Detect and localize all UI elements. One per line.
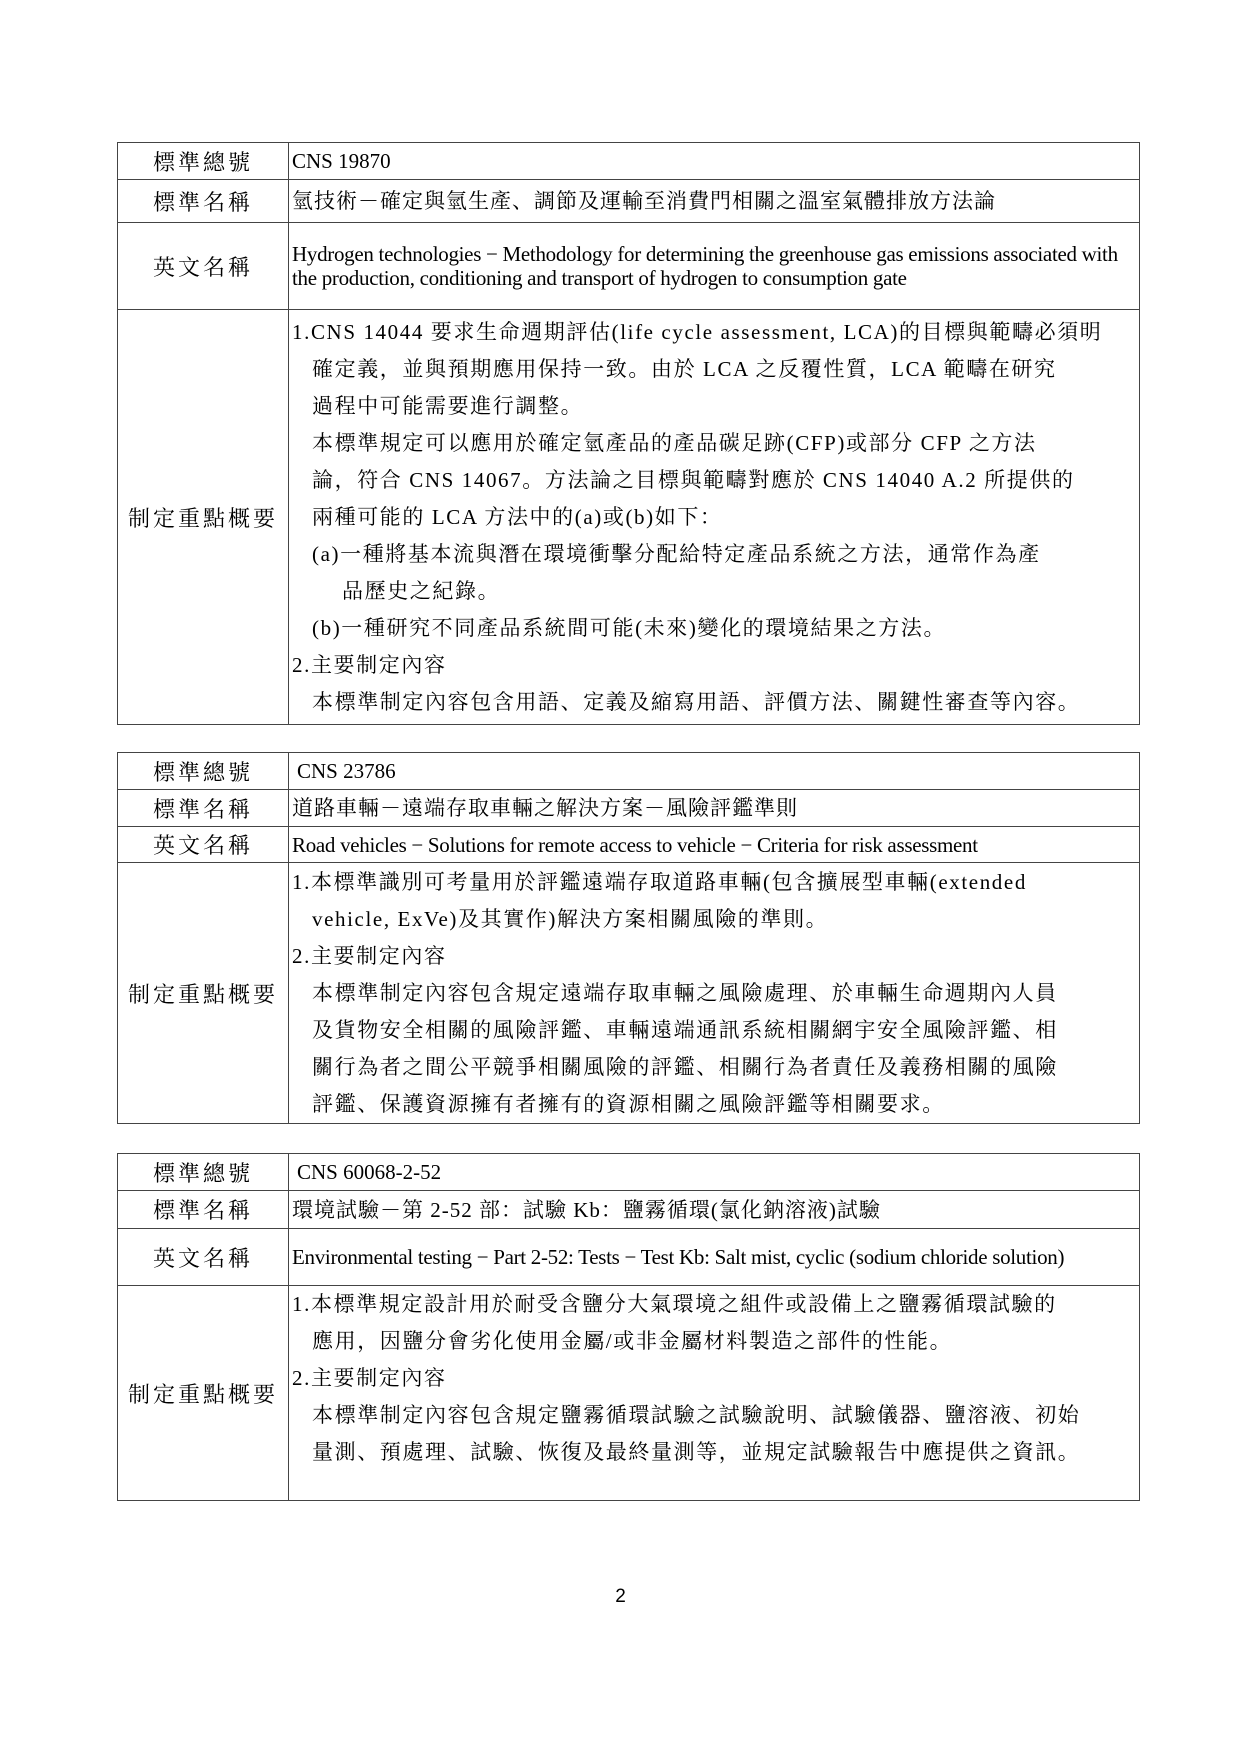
summary-line: 量測、預處理、試驗、恢復及最終量測等，並規定試驗報告中應提供之資訊。 <box>292 1434 1139 1471</box>
label-standard-name: 標準名稱 <box>118 790 289 827</box>
summary-value: 1.本標準識別可考量用於評鑑遠端存取道路車輛(包含擴展型車輛(extended … <box>289 863 1140 1124</box>
row-english-name: 英文名稱 Environmental testing − Part 2-52: … <box>118 1229 1140 1286</box>
label-summary: 制定重點概要 <box>118 863 289 1124</box>
summary-line: 過程中可能需要進行調整。 <box>292 388 1139 425</box>
label-standard-number: 標準總號 <box>118 753 289 790</box>
standard-name-value: 環境試驗－第 2-52 部：試驗 Kb：鹽霧循環(氯化鈉溶液)試驗 <box>289 1191 1140 1229</box>
standard-name-value: 道路車輛－遠端存取車輛之解決方案－風險評鑑準則 <box>289 790 1140 827</box>
summary-line: 2.主要制定內容 <box>292 1360 1139 1397</box>
label-english-name: 英文名稱 <box>118 827 289 863</box>
label-standard-name: 標準名稱 <box>118 180 289 223</box>
summary-line: 論，符合 CNS 14067。方法論之目標與範疇對應於 CNS 14040 A.… <box>292 462 1139 499</box>
row-standard-number: 標準總號 CNS 19870 <box>118 143 1140 180</box>
summary-line: 2.主要制定內容 <box>292 938 1139 975</box>
summary-value: 1.CNS 14044 要求生命週期評估(life cycle assessme… <box>289 310 1140 725</box>
standard-name-value: 氫技術－確定與氫生產、調節及運輸至消費門相關之溫室氣體排放方法論 <box>289 180 1140 223</box>
label-summary: 制定重點概要 <box>118 1286 289 1501</box>
summary-line: vehicle, ExVe)及其實作)解決方案相關風險的準則。 <box>292 901 1139 938</box>
label-english-name: 英文名稱 <box>118 223 289 310</box>
summary-line: 確定義，並與預期應用保持一致。由於 LCA 之反覆性質，LCA 範疇在研究 <box>292 351 1139 388</box>
summary-line: 本標準制定內容包含規定遠端存取車輛之風險處理、於車輛生命週期內人員 <box>292 975 1139 1012</box>
label-standard-name: 標準名稱 <box>118 1191 289 1229</box>
summary-line: 本標準制定內容包含用語、定義及縮寫用語、評價方法、關鍵性審查等內容。 <box>292 684 1139 721</box>
summary-line: (a)一種將基本流與潛在環境衝擊分配給特定產品系統之方法，通常作為產 <box>292 536 1139 573</box>
standard-number-value: CNS 23786 <box>289 753 1140 790</box>
standard-table-cns-19870: 標準總號 CNS 19870 標準名稱 氫技術－確定與氫生產、調節及運輸至消費門… <box>117 142 1140 725</box>
summary-value: 1.本標準規定設計用於耐受含鹽分大氣環境之組件或設備上之鹽霧循環試驗的 應用，因… <box>289 1286 1140 1501</box>
summary-line: 應用，因鹽分會劣化使用金屬/或非金屬材料製造之部件的性能。 <box>292 1323 1139 1360</box>
label-summary: 制定重點概要 <box>118 310 289 725</box>
row-english-name: 英文名稱 Road vehicles − Solutions for remot… <box>118 827 1140 863</box>
row-summary: 制定重點概要 1.本標準識別可考量用於評鑑遠端存取道路車輛(包含擴展型車輛(ex… <box>118 863 1140 1124</box>
label-english-name: 英文名稱 <box>118 1229 289 1286</box>
row-standard-name: 標準名稱 道路車輛－遠端存取車輛之解決方案－風險評鑑準則 <box>118 790 1140 827</box>
standard-number-value: CNS 19870 <box>289 143 1140 180</box>
summary-line: 品歷史之紀錄。 <box>292 573 1139 610</box>
row-english-name: 英文名稱 Hydrogen technologies − Methodology… <box>118 223 1140 310</box>
summary-line: 本標準制定內容包含規定鹽霧循環試驗之試驗說明、試驗儀器、鹽溶液、初始 <box>292 1397 1139 1434</box>
summary-line: 2.主要制定內容 <box>292 647 1139 684</box>
summary-line: (b)一種研究不同產品系統間可能(未來)變化的環境結果之方法。 <box>292 610 1139 647</box>
summary-line: 評鑑、保護資源擁有者擁有的資源相關之風險評鑑等相關要求。 <box>292 1086 1139 1123</box>
english-name-value: Hydrogen technologies − Methodology for … <box>289 223 1140 310</box>
summary-line: 及貨物安全相關的風險評鑑、車輛遠端通訊系統相關網宇安全風險評鑑、相 <box>292 1012 1139 1049</box>
row-summary: 制定重點概要 1.本標準規定設計用於耐受含鹽分大氣環境之組件或設備上之鹽霧循環試… <box>118 1286 1140 1501</box>
summary-line: 兩種可能的 LCA 方法中的(a)或(b)如下： <box>292 499 1139 536</box>
english-name-value: Road vehicles − Solutions for remote acc… <box>289 827 1140 863</box>
standard-table-cns-23786: 標準總號 CNS 23786 標準名稱 道路車輛－遠端存取車輛之解決方案－風險評… <box>117 752 1140 1124</box>
label-standard-number: 標準總號 <box>118 143 289 180</box>
label-standard-number: 標準總號 <box>118 1154 289 1191</box>
row-standard-number: 標準總號 CNS 60068-2-52 <box>118 1154 1140 1191</box>
english-name-value: Environmental testing − Part 2-52: Tests… <box>289 1229 1140 1286</box>
summary-line: 關行為者之間公平競爭相關風險的評鑑、相關行為者責任及義務相關的風險 <box>292 1049 1139 1086</box>
row-standard-name: 標準名稱 氫技術－確定與氫生產、調節及運輸至消費門相關之溫室氣體排放方法論 <box>118 180 1140 223</box>
summary-line: 1.本標準識別可考量用於評鑑遠端存取道路車輛(包含擴展型車輛(extended <box>292 864 1139 901</box>
row-standard-number: 標準總號 CNS 23786 <box>118 753 1140 790</box>
standard-table-cns-60068-2-52: 標準總號 CNS 60068-2-52 標準名稱 環境試驗－第 2-52 部：試… <box>117 1153 1140 1501</box>
summary-line: 1.本標準規定設計用於耐受含鹽分大氣環境之組件或設備上之鹽霧循環試驗的 <box>292 1286 1139 1323</box>
row-standard-name: 標準名稱 環境試驗－第 2-52 部：試驗 Kb：鹽霧循環(氯化鈉溶液)試驗 <box>118 1191 1140 1229</box>
summary-line: 1.CNS 14044 要求生命週期評估(life cycle assessme… <box>292 314 1139 351</box>
row-summary: 制定重點概要 1.CNS 14044 要求生命週期評估(life cycle a… <box>118 310 1140 725</box>
page-number: 2 <box>0 1586 1241 1608</box>
standard-number-value: CNS 60068-2-52 <box>289 1154 1140 1191</box>
summary-line: 本標準規定可以應用於確定氫產品的產品碳足跡(CFP)或部分 CFP 之方法 <box>292 425 1139 462</box>
